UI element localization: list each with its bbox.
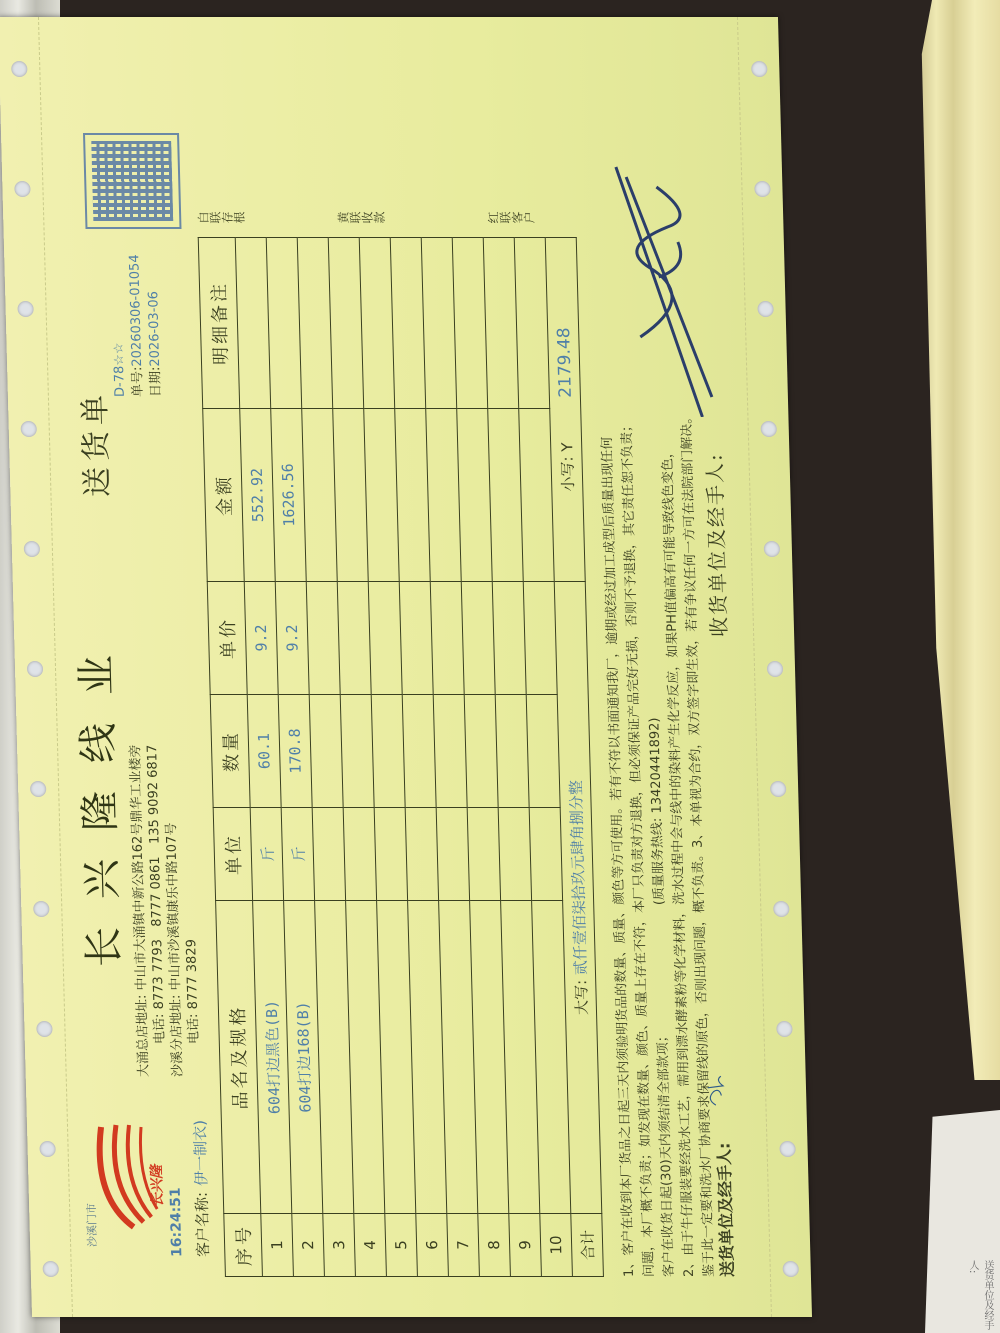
row-qty: 60.1 [247,695,281,808]
delivery-note: 沙溪门市 长兴隆 16:24:51 客户名称:伊一制衣) 长兴隆线业 送货单 大… [0,17,812,1317]
row-no: 7 [447,1214,480,1277]
hole-icon [779,1141,795,1157]
ply-red: 红联客户 [487,211,535,227]
customer-line: 客户名称:伊一制衣) [189,1120,214,1257]
col-note: 明细备注 [198,238,239,409]
total-label: 合计 [571,1214,604,1277]
sender-signature-label: 送货单位及经手人: [711,1143,738,1277]
date: 2026-03-06 [146,291,163,367]
hole-icon [21,421,37,437]
hole-icon [757,301,773,317]
order-no: 20260306-01054 [127,254,145,366]
quality-hotline: (质量服务热线: 13420441892) [647,718,667,906]
delivery-note-photo: 沙溪门市 长兴隆 16:24:51 客户名称:伊一制衣) 长兴隆线业 送货单 大… [22,22,822,1322]
row-qty: 170.8 [278,695,312,808]
hole-icon [761,421,777,437]
paper-stack-right [915,0,1000,1080]
hole-icon [14,181,30,197]
col-price: 单价 [207,582,247,695]
hole-icon [754,181,770,197]
hole-icon [33,901,49,917]
handwritten-signature-icon [606,157,723,417]
row-no: 10 [540,1214,573,1277]
row-note [235,238,270,409]
hole-icon [783,1261,799,1277]
order-no-label: 单号: [130,367,146,397]
row-no: 9 [509,1214,542,1277]
hole-icon [751,61,767,77]
lowercase-value: 2179.48 [554,327,576,397]
hole-icon [773,901,789,917]
row-no: 1 [261,1214,294,1277]
hole-icon [43,1261,59,1277]
row-unit: 斤 [281,808,314,901]
address-block: 大涌总店地址: 中山市大涌镇中新公路162号鼎华工业楼旁 电话: 8773 77… [127,745,204,1077]
hole-icon [17,301,33,317]
row-no: 3 [323,1214,356,1277]
row-no: 2 [292,1214,325,1277]
ply-yellow: 黄联收款 [337,211,385,227]
brand-logo: 沙溪门市 长兴隆 [81,1127,174,1247]
col-amount: 金额 [203,409,245,582]
payment-days: (30) [659,1159,675,1186]
customer-name: 伊一制衣) [191,1120,211,1186]
col-no: 序号 [224,1214,263,1277]
ply-white: 白联存根 [197,211,245,227]
hole-icon [764,541,780,557]
lowercase-label: 小写: Y [558,443,577,492]
paper-stack-bottom-right: 送货单位及经手人: [925,1110,1000,1333]
hole-icon [30,781,46,797]
row-no: 4 [354,1214,387,1277]
date-label: 日期: [148,367,164,397]
handwritten-signature-icon [698,1007,751,1107]
row-no: 8 [478,1214,511,1277]
note-header: 沙溪门市 长兴隆 16:24:51 客户名称:伊一制衣) 长兴隆线业 送货单 大… [43,47,225,1277]
row-no: 5 [385,1214,418,1277]
row-no: 6 [416,1214,449,1277]
row-unit: 斤 [250,808,283,901]
receiver-signature-label: 收货单位及经手人: [698,452,732,637]
hole-icon [39,1141,55,1157]
hole-icon [24,541,40,557]
row-amount: 1626.56 [271,409,307,582]
row-price: 9.2 [275,582,309,695]
col-unit: 单位 [213,808,252,901]
hole-icon [11,61,27,77]
hole-icon [776,1021,792,1037]
company-name: 长兴隆线业 [64,627,130,967]
hole-icon [767,661,783,677]
document-type: 送货单 [70,389,117,497]
hole-icon [36,1021,52,1037]
items-table: 序号 品名及规格 单位 数量 单价 金额 明细备注 1 604打边黑色(B) 斤 [198,237,604,1277]
row-price: 9.2 [244,582,278,695]
qr-code-icon [85,135,179,227]
uppercase-value: 贰仟壹佰柒拾玖元肆角捌分整 [566,780,589,975]
row-amount: 552.92 [240,409,276,582]
hole-icon [27,661,43,677]
stack-text: 送货单位及经手人: [955,1260,995,1333]
hole-icon [770,781,786,797]
order-meta: D-78☆☆ 单号:20260306-01054 日期:2026-03-06 [108,254,166,397]
row-note [266,238,301,409]
brand-name: 长兴隆 [146,1165,167,1207]
note-content: 沙溪门市 长兴隆 16:24:51 客户名称:伊一制衣) 长兴隆线业 送货单 大… [43,47,761,1277]
uppercase-label: 大写: [572,980,591,1015]
print-time: 16:24:51 [168,1187,186,1257]
col-qty: 数量 [210,695,250,808]
customer-label: 客户名称: [193,1192,213,1257]
